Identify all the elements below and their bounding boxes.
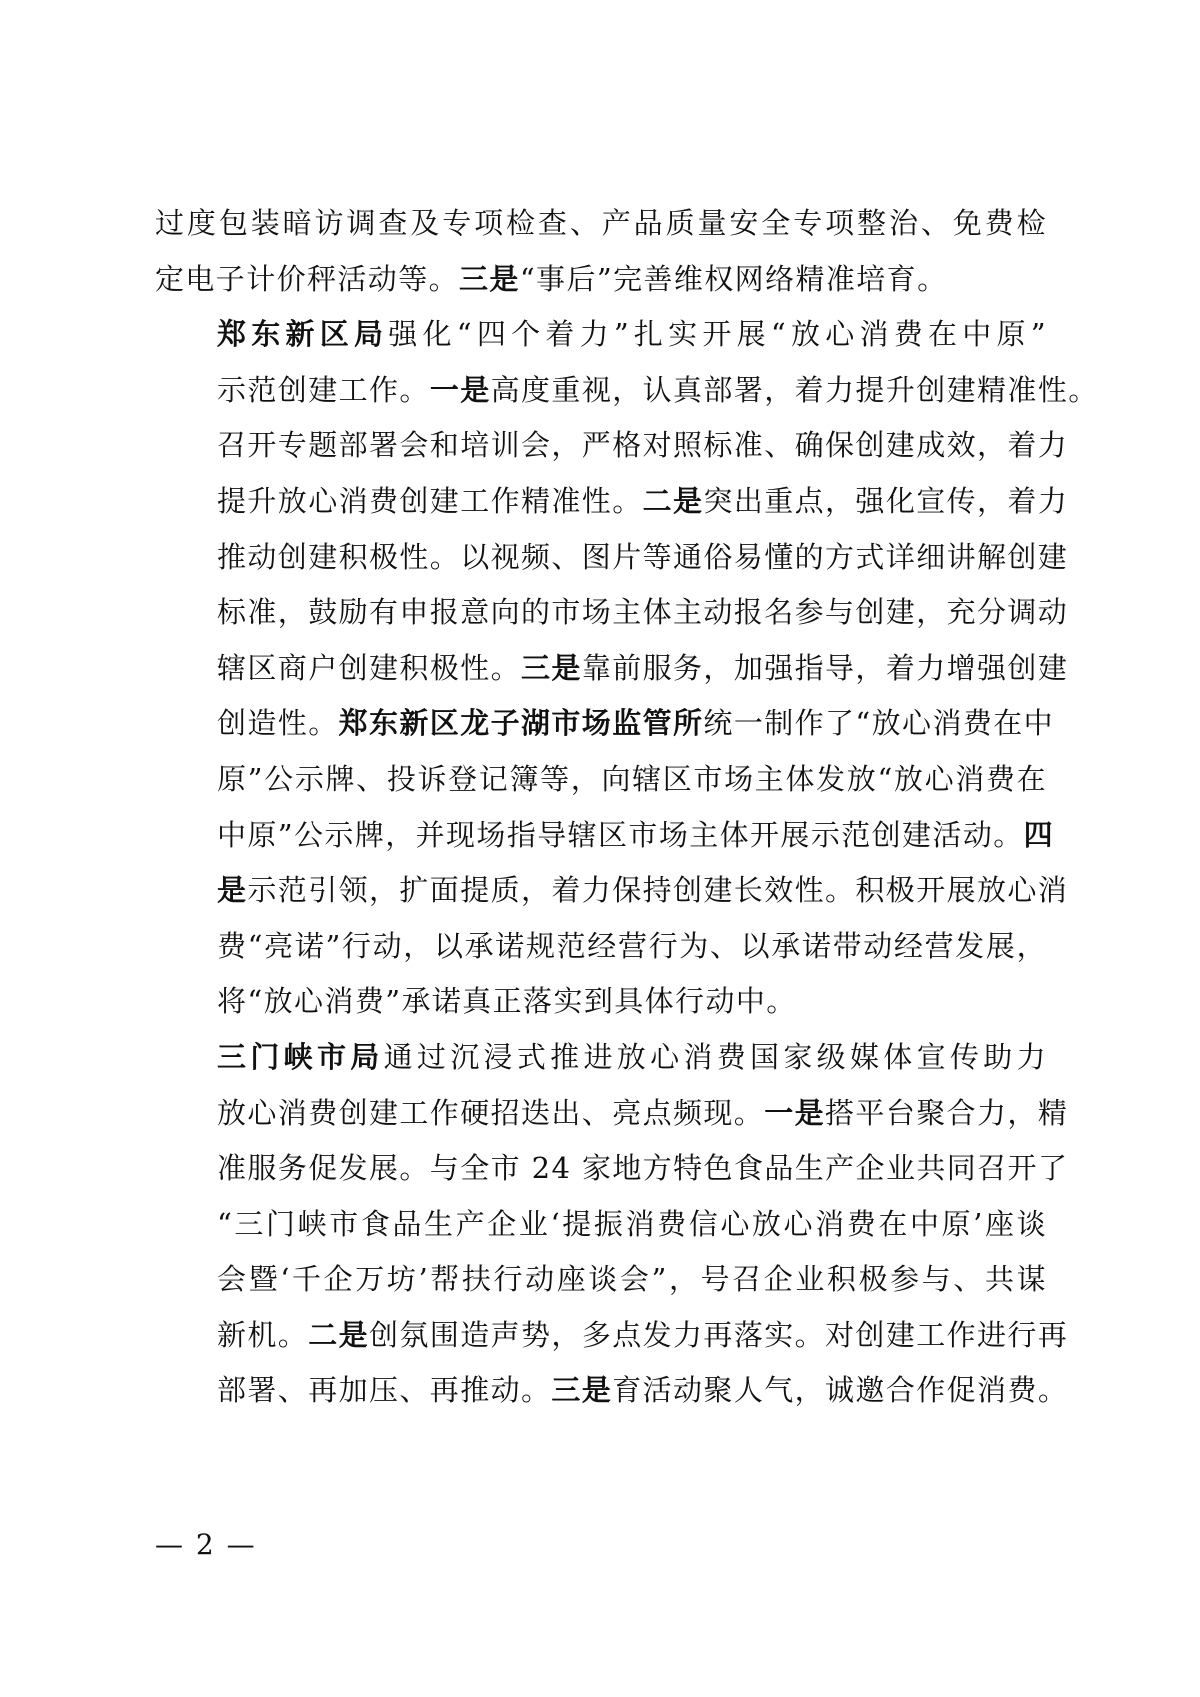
body-text: 过度包装暗访调查及专项检查、产品质量安全专项整治、免费检: [155, 206, 1047, 240]
bold-text: 三是: [459, 262, 520, 296]
body-text: 育活动聚人气，诚邀合作促消费。: [612, 1373, 1068, 1407]
text-line: 创造性。郑东新区龙子湖市场监管所统一制作了“放心消费在中: [155, 696, 1047, 752]
paragraph: 三门峡市局通过沉浸式推进放心消费国家级媒体宣传助力放心消费创建工作硬招迭出、亮点…: [155, 1030, 1047, 1419]
text-line: 郑东新区局强化“四个着力”扎实开展“放心消费在中原”: [155, 307, 1047, 363]
text-line: 辖区商户创建积极性。三是靠前服务，加强指导，着力增强创建: [155, 641, 1047, 697]
body-text: 通过沉浸式推进放心消费国家级媒体宣传助力: [384, 1040, 1047, 1074]
body-text: 召开专题部署会和培训会，严格对照标准、确保创建成效，着力: [217, 428, 1068, 462]
body-text: 创造性。: [217, 706, 339, 740]
text-line: 三门峡市局通过沉浸式推进放心消费国家级媒体宣传助力: [155, 1030, 1047, 1086]
body-text: 突出重点，强化宣传，着力: [703, 484, 1068, 518]
text-line: 准服务促发展。与全市 24 家地方特色食品生产企业共同召开了: [155, 1141, 1047, 1197]
text-line: 费“亮诺”行动，以承诺规范经营行为、以承诺带动经营发展，: [155, 919, 1047, 975]
bold-text: 郑东新区龙子湖市场监管所: [339, 706, 704, 740]
body-text: 示范创建工作。: [217, 373, 430, 407]
text-line: 放心消费创建工作硬招迭出、亮点频现。一是搭平台聚合力，精: [155, 1086, 1047, 1142]
bold-text: 郑东新区局: [217, 317, 388, 351]
body-text: 部署、再加压、再推动。: [217, 1373, 551, 1407]
text-line: 召开专题部署会和培训会，严格对照标准、确保创建成效，着力: [155, 418, 1047, 474]
body-text: 提升放心消费创建工作精准性。: [217, 484, 643, 518]
text-line: 部署、再加压、再推动。三是育活动聚人气，诚邀合作促消费。: [155, 1363, 1047, 1419]
body-text: 高度重视，认真部署，着力提升创建精准性。: [491, 373, 1099, 407]
text-line: 标准，鼓励有申报意向的市场主体主动报名参与创建，充分调动: [155, 585, 1047, 641]
paragraph: 郑东新区局强化“四个着力”扎实开展“放心消费在中原”示范创建工作。一是高度重视，…: [155, 307, 1047, 1030]
text-line: 将“放心消费”承诺真正落实到具体行动中。: [155, 974, 1047, 1030]
text-line: 示范创建工作。一是高度重视，认真部署，着力提升创建精准性。: [155, 363, 1047, 419]
body-text: 靠前服务，加强指导，着力增强创建: [582, 651, 1068, 685]
body-text: 准服务促发展。与全市 24 家地方特色食品生产企业共同召开了: [217, 1151, 1068, 1185]
text-line: 新机。二是创氛围造声势，多点发力再落实。对创建工作进行再: [155, 1308, 1047, 1364]
bold-text: 四: [1024, 818, 1054, 852]
body-text: 新机。: [217, 1318, 308, 1352]
text-line: 定电子计价秤活动等。三是“事后”完善维权网络精准培育。: [155, 252, 1047, 308]
bold-text: 三是: [521, 651, 582, 685]
body-text: 原”公示牌、投诉登记簿等，向辖区市场主体发放“放心消费在: [217, 762, 1047, 796]
bold-text: 一是: [764, 1096, 825, 1130]
bold-text: 二是: [643, 484, 704, 518]
body-text: “三门峡市食品生产企业‘提振消费信心放心消费在中原’座谈: [217, 1207, 1047, 1241]
text-line: 提升放心消费创建工作精准性。二是突出重点，强化宣传，着力: [155, 474, 1047, 530]
paragraph: 过度包装暗访调查及专项检查、产品质量安全专项整治、免费检定电子计价秤活动等。三是…: [155, 196, 1047, 307]
body-text: 搭平台聚合力，精: [825, 1096, 1068, 1130]
text-line: 过度包装暗访调查及专项检查、产品质量安全专项整治、免费检: [155, 196, 1047, 252]
body-text: 辖区商户创建积极性。: [217, 651, 521, 685]
body-text: 统一制作了“放心消费在中: [703, 706, 1054, 740]
body-text: 费“亮诺”行动，以承诺规范经营行为、以承诺带动经营发展，: [217, 929, 1047, 963]
body-text: 推动创建积极性。以视频、图片等通俗易懂的方式详细讲解创建: [217, 540, 1068, 574]
bold-text: 二是: [308, 1318, 369, 1352]
body-text: 标准，鼓励有申报意向的市场主体主动报名参与创建，充分调动: [217, 595, 1068, 629]
text-line: 是示范引领，扩面提质，着力保持创建长效性。积极开展放心消: [155, 863, 1047, 919]
bold-text: 是: [217, 873, 247, 907]
body-text: 将“放心消费”承诺真正落实到具体行动中。: [217, 984, 797, 1018]
text-line: 推动创建积极性。以视频、图片等通俗易懂的方式详细讲解创建: [155, 530, 1047, 586]
bold-text: 三是: [551, 1373, 612, 1407]
document-page: 过度包装暗访调查及专项检查、产品质量安全专项整治、免费检定电子计价秤活动等。三是…: [155, 196, 1047, 1419]
body-text: 定电子计价秤活动等。: [155, 262, 459, 296]
text-line: 会暨‘千企万坊’帮扶行动座谈会”，号召企业积极参与、共谋: [155, 1252, 1047, 1308]
text-line: 原”公示牌、投诉登记簿等，向辖区市场主体发放“放心消费在: [155, 752, 1047, 808]
body-text: 放心消费创建工作硬招迭出、亮点频现。: [217, 1096, 764, 1130]
body-text: 示范引领，扩面提质，着力保持创建长效性。积极开展放心消: [247, 873, 1068, 907]
body-text: “事后”完善维权网络精准培育。: [520, 262, 948, 296]
body-text: 强化“四个着力”扎实开展“放心消费在中原”: [388, 317, 1047, 351]
body-text: 会暨‘千企万坊’帮扶行动座谈会”，号召企业积极参与、共谋: [217, 1262, 1047, 1296]
body-text: 中原”公示牌，并现场指导辖区市场主体开展示范创建活动。: [217, 818, 1024, 852]
page-number: — 2 —: [155, 1528, 257, 1561]
body-text: 创氛围造声势，多点发力再落实。对创建工作进行再: [369, 1318, 1068, 1352]
bold-text: 一是: [430, 373, 491, 407]
bold-text: 三门峡市局: [217, 1040, 384, 1074]
text-line: 中原”公示牌，并现场指导辖区市场主体开展示范创建活动。四: [155, 808, 1047, 864]
text-line: “三门峡市食品生产企业‘提振消费信心放心消费在中原’座谈: [155, 1197, 1047, 1253]
